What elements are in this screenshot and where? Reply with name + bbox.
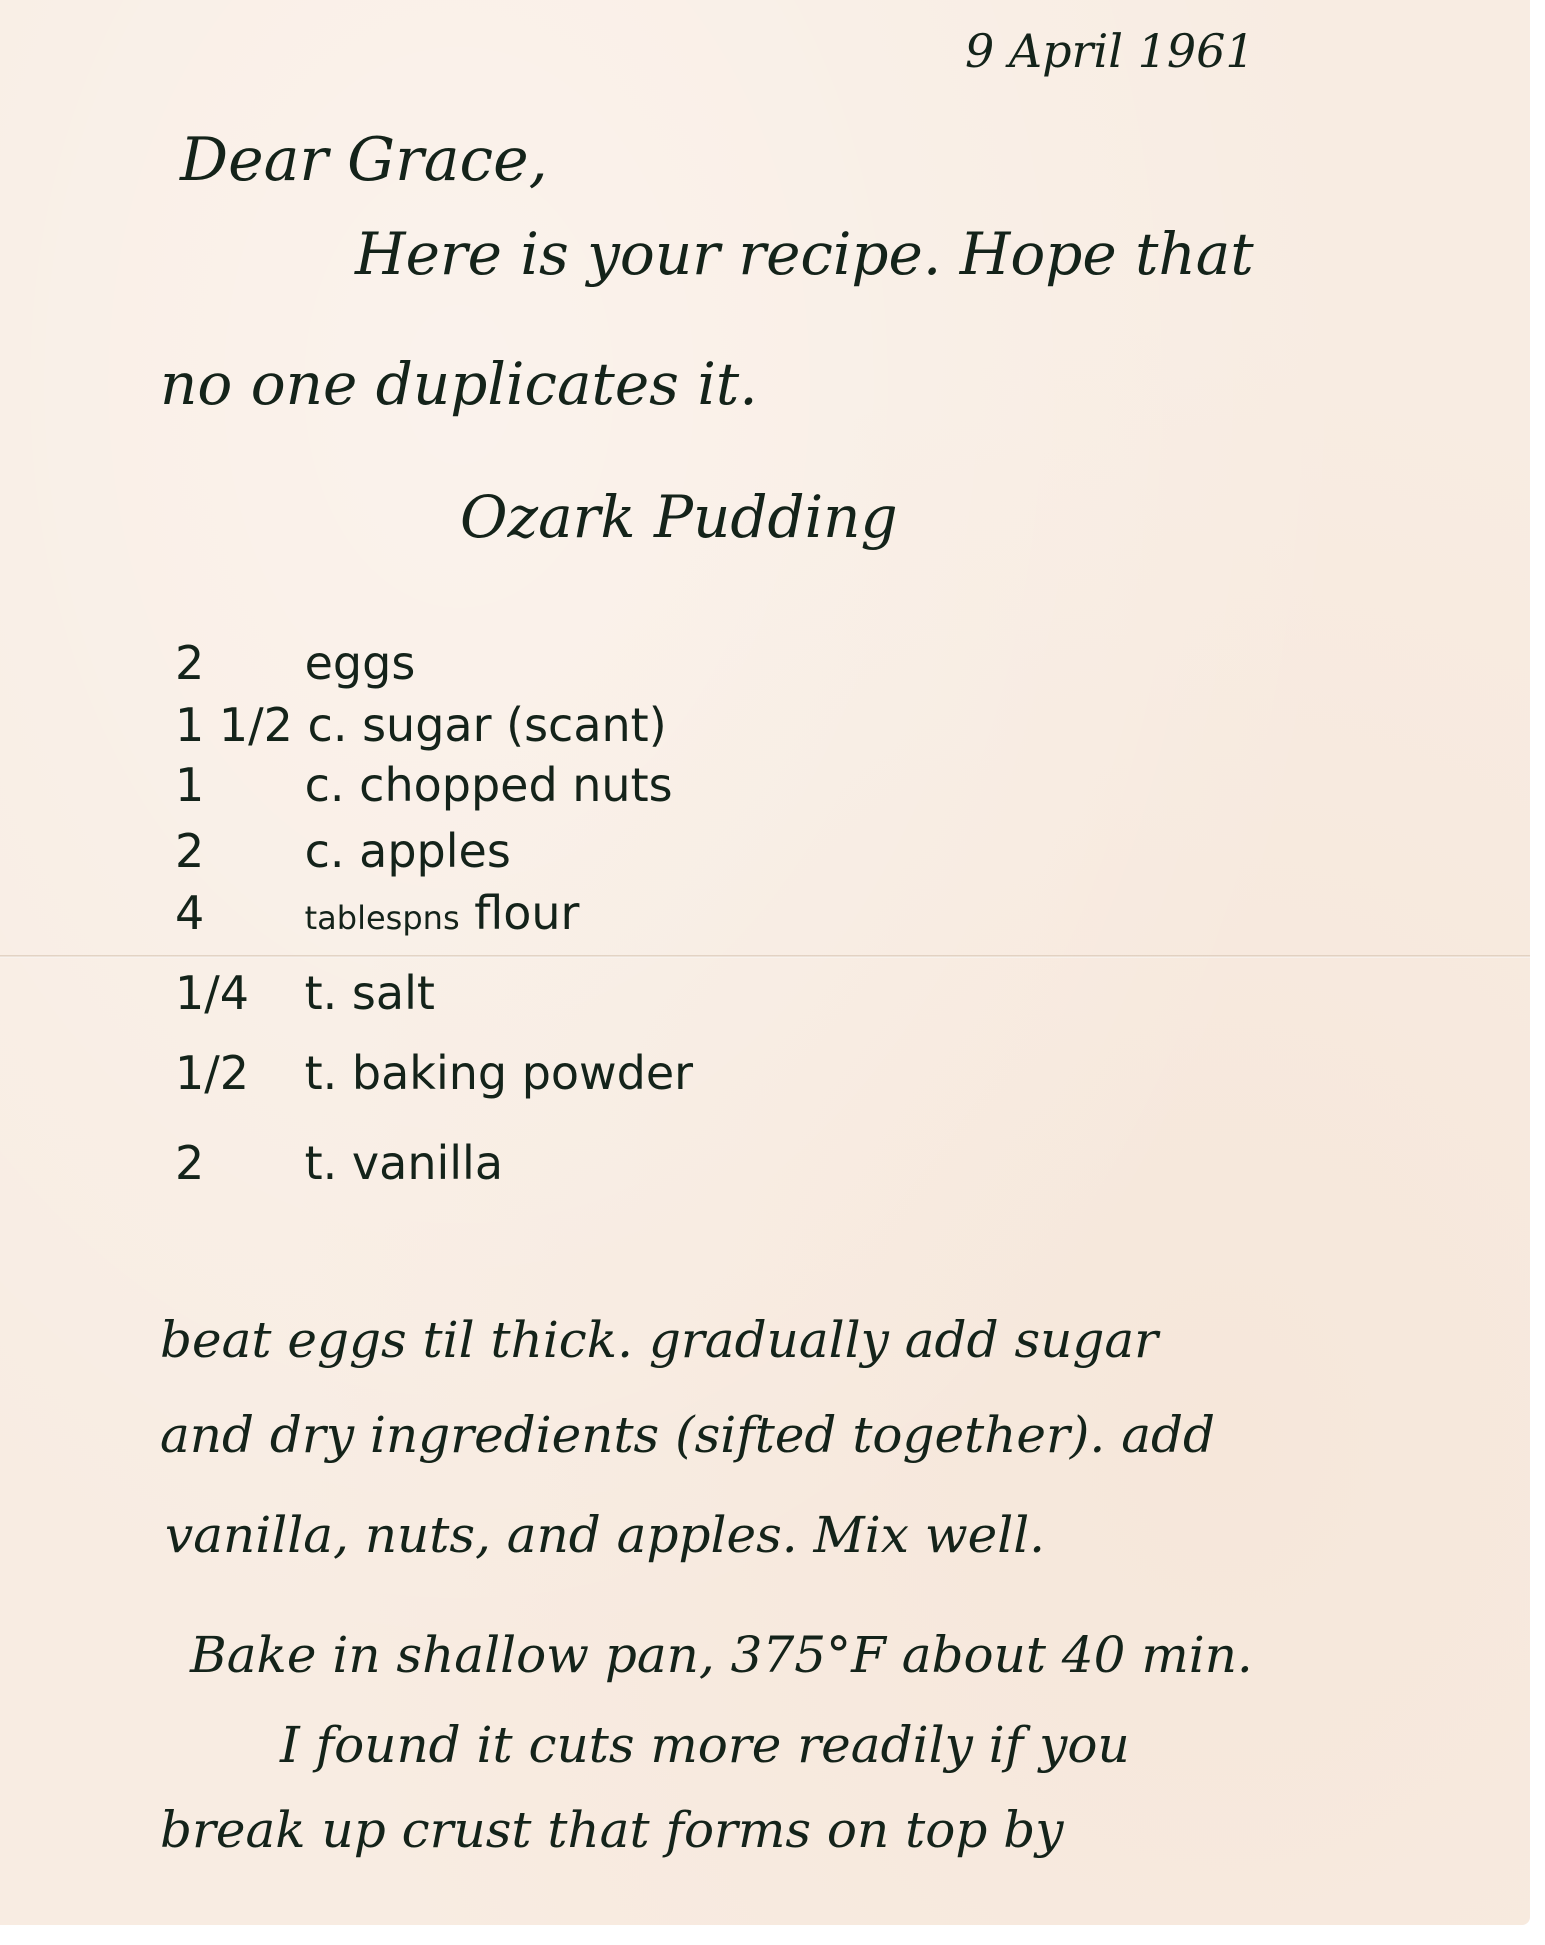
- ingredient-item: 1 c. chopped nuts: [175, 762, 673, 808]
- ingredient-name: eggs: [305, 636, 416, 690]
- instruction-line: Bake in shallow pan, 375°F about 40 min.: [190, 1630, 1253, 1680]
- ingredient-qty: 2: [175, 640, 290, 686]
- letter-greeting: Dear Grace,: [180, 130, 548, 190]
- ingredient-unit: t.: [305, 966, 338, 1020]
- instruction-line: and dry ingredients (sifted together). a…: [160, 1410, 1215, 1460]
- ingredient-unit: t.: [305, 1136, 338, 1190]
- ingredient-name: salt: [352, 966, 435, 1020]
- ingredient-item: 2 c. apples: [175, 828, 511, 874]
- instruction-line: beat eggs til thick. gradually add sugar: [160, 1315, 1158, 1365]
- instruction-line: vanilla, nuts, and apples. Mix well.: [165, 1510, 1045, 1560]
- ingredient-qty: 1: [175, 762, 290, 808]
- ingredient-item: 4 tablespns flour: [175, 890, 579, 936]
- note-line: break up crust that forms on top by: [160, 1805, 1063, 1855]
- ingredient-qty: 1/4: [175, 970, 290, 1016]
- ingredient-unit: c.: [308, 698, 348, 752]
- ingredient-unit: tablespns: [305, 899, 460, 937]
- ingredient-unit: c.: [305, 758, 345, 812]
- ingredient-name: chopped nuts: [359, 758, 672, 812]
- ingredient-qty: 1/2: [175, 1050, 290, 1096]
- intro-line-1: Here is your recipe. Hope that: [355, 225, 1254, 283]
- letter-date: 9 April 1961: [965, 28, 1255, 74]
- ingredient-item: 2 t. vanilla: [175, 1140, 503, 1186]
- ingredient-name: baking powder: [352, 1046, 693, 1100]
- paper-fold-crease: [0, 955, 1530, 958]
- ingredient-item: 1 1/2 c. sugar (scant): [175, 702, 667, 748]
- recipe-title: Ozark Pudding: [460, 488, 898, 546]
- ingredient-name: vanilla: [352, 1136, 503, 1190]
- ingredient-item: 2 eggs: [175, 640, 415, 686]
- ingredient-qty: 2: [175, 1140, 290, 1186]
- intro-line-2: no one duplicates it.: [160, 355, 758, 413]
- ingredient-name: flour: [474, 886, 579, 940]
- ingredient-qty: 1 1/2: [175, 702, 293, 748]
- ingredient-unit: t.: [305, 1046, 338, 1100]
- ingredient-qty: 2: [175, 828, 290, 874]
- ingredient-unit: c.: [305, 824, 345, 878]
- ingredient-name: apples: [359, 824, 511, 878]
- ingredient-qty: 4: [175, 890, 290, 936]
- ingredient-name: sugar (scant): [362, 698, 667, 752]
- letter-paper: 9 April 1961 Dear Grace, Here is your re…: [0, 0, 1530, 1925]
- note-line: I found it cuts more readily if you: [280, 1720, 1130, 1770]
- ingredient-item: 1/2 t. baking powder: [175, 1050, 693, 1096]
- ingredient-item: 1/4 t. salt: [175, 970, 435, 1016]
